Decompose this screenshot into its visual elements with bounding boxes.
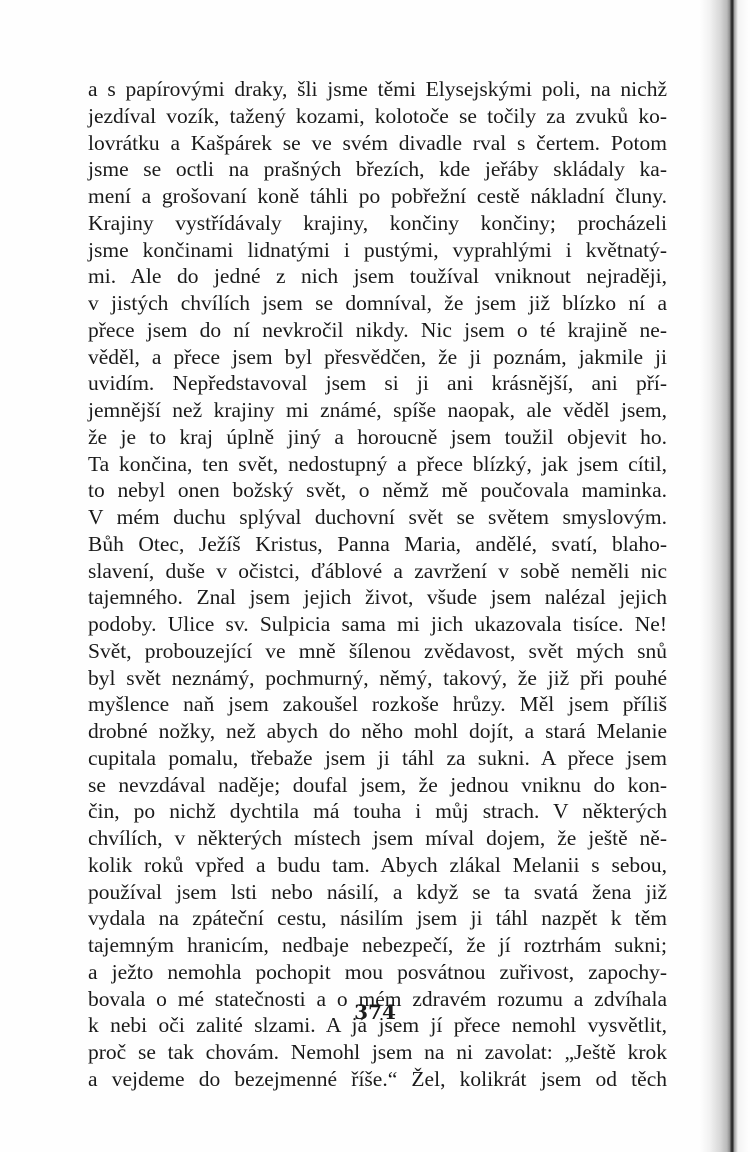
text-line: lovrátku a Kašpárek se ve svém divadle r… — [88, 130, 667, 157]
text-line: chvílích, v některých místech jsem míval… — [88, 825, 667, 852]
text-line: jsme končinami lidnatými i pustými, vypr… — [88, 237, 667, 264]
text-line: tajemným hranicím, nedbaje nebezpečí, že… — [88, 932, 667, 959]
text-line: se nevzdával naděje; doufal jsem, že jed… — [88, 772, 667, 799]
text-line: Krajiny vystřídávaly krajiny, končiny ko… — [88, 210, 667, 237]
text-line: kolik roků vpřed a budu tam. Abych zláka… — [88, 852, 667, 879]
text-line: slavení, duše v očistci, ďáblové a zavrž… — [88, 558, 667, 585]
text-line: Svět, probouzející ve mně šílenou zvědav… — [88, 638, 667, 665]
text-line: proč se tak chovám. Nemohl jsem na ni za… — [88, 1039, 667, 1066]
text-line: podoby. Ulice sv. Sulpicia sama mi jich … — [88, 611, 667, 638]
text-line: drobné nožky, než abych do něho mohl doj… — [88, 718, 667, 745]
text-line: to nebyl onen božský svět, o němž mě pou… — [88, 477, 667, 504]
text-line: v jistých chvílích jsem se domníval, že … — [88, 290, 667, 317]
body-text: a s papírovými draky, šli jsme těmi Elys… — [88, 76, 667, 1093]
text-line: jemnější než krajiny mi známé, spíše nao… — [88, 397, 667, 424]
text-line: používal jsem lsti nebo násilí, a když s… — [88, 879, 667, 906]
text-line: a ježto nemohla pochopit mou posvátnou z… — [88, 959, 667, 986]
text-line: uvidím. Nepředstavoval jsem si ji ani kr… — [88, 370, 667, 397]
text-line: mi. Ale do jedné z nich jsem toužíval vn… — [88, 263, 667, 290]
text-line: mení a grošovaní koně táhli po pobřežní … — [88, 183, 667, 210]
text-line: a vejdeme do bezejmenné říše.“ Žel, koli… — [88, 1066, 667, 1093]
text-line: jsme se octli na prašných březích, kde j… — [88, 156, 667, 183]
text-line: myšlence naň jsem zakoušel rozkoše hrůzy… — [88, 691, 667, 718]
text-line: byl svět neznámý, pochmurný, němý, takov… — [88, 665, 667, 692]
book-gutter-shadow — [700, 0, 750, 1152]
text-line: že je to kraj úplně jiný a horoucně jsem… — [88, 424, 667, 451]
text-line: čin, po nichž dychtila má touha i můj st… — [88, 798, 667, 825]
book-page: a s papírovými draky, šli jsme těmi Elys… — [0, 0, 750, 1152]
text-line: tajemného. Znal jsem jejich život, všude… — [88, 584, 667, 611]
text-line: Ta končina, ten svět, nedostupný a přece… — [88, 451, 667, 478]
text-line: jezdíval vozík, tažený kozami, kolotoče … — [88, 103, 667, 130]
text-line: V mém duchu splýval duchovní svět se svě… — [88, 504, 667, 531]
text-line: věděl, a přece jsem byl přesvědčen, že j… — [88, 344, 667, 371]
text-line: vydala na zpáteční cestu, násilím jsem j… — [88, 905, 667, 932]
text-line: Bůh Otec, Ježíš Kristus, Panna Maria, an… — [88, 531, 667, 558]
page-number: 374 — [0, 1000, 750, 1024]
text-line: přece jsem do ní nevkročil nikdy. Nic js… — [88, 317, 667, 344]
text-line: cupitala pomalu, třebaže jsem ji táhl za… — [88, 745, 667, 772]
text-line: a s papírovými draky, šli jsme těmi Elys… — [88, 76, 667, 103]
